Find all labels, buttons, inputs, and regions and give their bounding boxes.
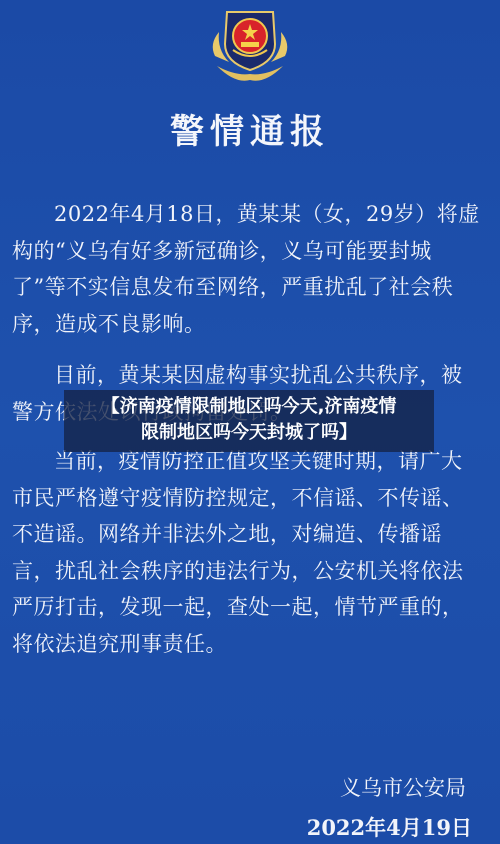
police-notice-image: 警情通报 2022年4月18日，黄某某（女，29岁）将虚 构的“义乌有好多新冠确… — [0, 0, 500, 844]
text-line: 目前，黄某某因虚构事实扰乱公共秩序，被 — [12, 357, 490, 394]
caption-line-1: 【济南疫情限制地区吗今天,济南疫情 — [64, 394, 434, 420]
caption-line-2: 限制地区吗今天封城了吗】 — [64, 420, 434, 446]
text-line: 构的“义乌有好多新冠确诊，义乌可能要封城 — [12, 233, 490, 270]
text-line: 严厉打击，发现一起，查处一起，情节严重的， — [12, 589, 490, 626]
caption-overlay: 【济南疫情限制地区吗今天,济南疫情 限制地区吗今天封城了吗】 — [64, 394, 434, 446]
notice-title: 警情通报 — [0, 104, 500, 153]
text-line: 言，扰乱社会秩序的违法行为，公安机关将依法 — [12, 553, 490, 590]
text-line: 不造谣。网络并非法外之地，对编造、传播谣 — [12, 516, 490, 553]
police-emblem-icon — [205, 4, 295, 86]
text-line: 市民严格遵守疫情防控规定，不信谣、不传谣、 — [12, 480, 490, 517]
notice-paragraph-3: 当前，疫情防控正值攻坚关键时期，请广大 市民严格遵守疫情防控规定，不信谣、不传谣… — [12, 443, 490, 662]
text-line: 序，造成不良影响。 — [12, 306, 490, 343]
text-line: 将依法追究刑事责任。 — [12, 626, 490, 663]
notice-paragraph-1: 2022年4月18日，黄某某（女，29岁）将虚 构的“义乌有好多新冠确诊，义乌可… — [12, 196, 490, 342]
text-line: 2022年4月18日，黄某某（女，29岁）将虚 — [12, 196, 490, 233]
issue-date: 2022年4月19日 — [307, 812, 472, 842]
issuer-signature: 义乌市公安局 — [340, 772, 466, 802]
text-line: 了”等不实信息发布至网络，严重扰乱了社会秩 — [12, 269, 490, 306]
